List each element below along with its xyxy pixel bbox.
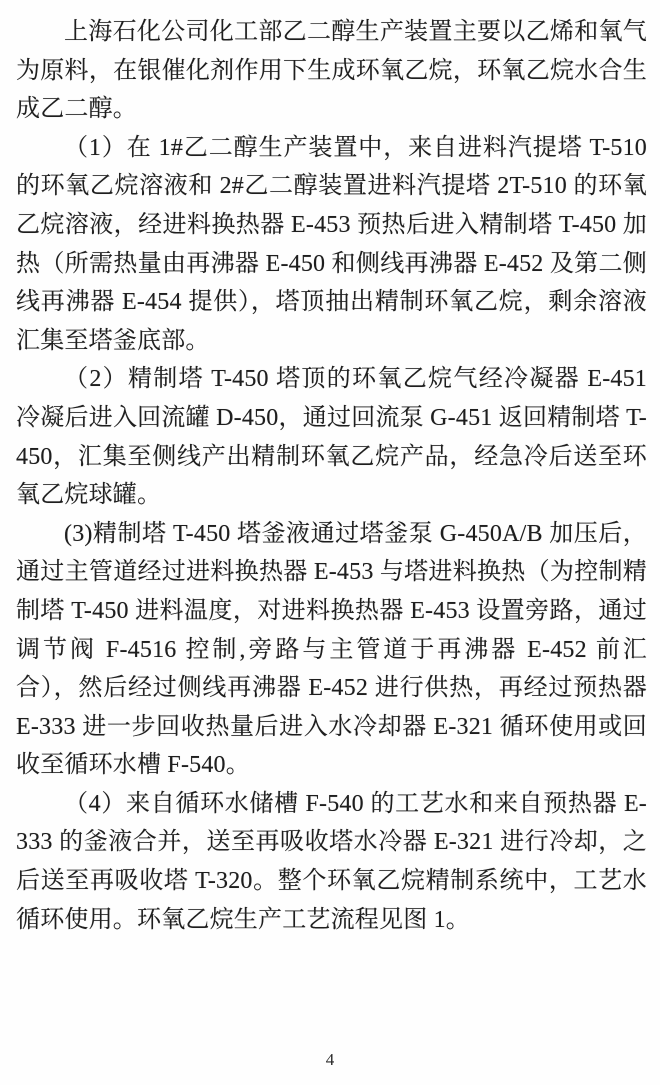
paragraph: （2）精制塔 T-450 塔顶的环氧乙烷气经冷凝器 E-451 冷凝后进入回流罐… <box>16 360 647 514</box>
paragraph: （4）来自循环水储槽 F-540 的工艺水和来自预热器 E-333 的釜液合并，… <box>16 785 647 939</box>
paragraph: （1）在 1#乙二醇生产装置中，来自进料汽提塔 T-510 的环氧乙烷溶液和 2… <box>16 129 647 361</box>
document-page: 上海石化公司化工部乙二醇生产装置主要以乙烯和氧气为原料，在银催化剂作用下生成环氧… <box>0 0 660 1085</box>
page-number: 4 <box>326 1050 335 1069</box>
page-footer: 4 <box>0 1050 660 1070</box>
paragraph: (3)精制塔 T-450 塔釜液通过塔釜泵 G-450A/B 加压后，通过主管道… <box>16 515 647 785</box>
document-body: 上海石化公司化工部乙二醇生产装置主要以乙烯和氧气为原料，在银催化剂作用下生成环氧… <box>16 13 647 939</box>
paragraph: 上海石化公司化工部乙二醇生产装置主要以乙烯和氧气为原料，在银催化剂作用下生成环氧… <box>16 13 647 129</box>
